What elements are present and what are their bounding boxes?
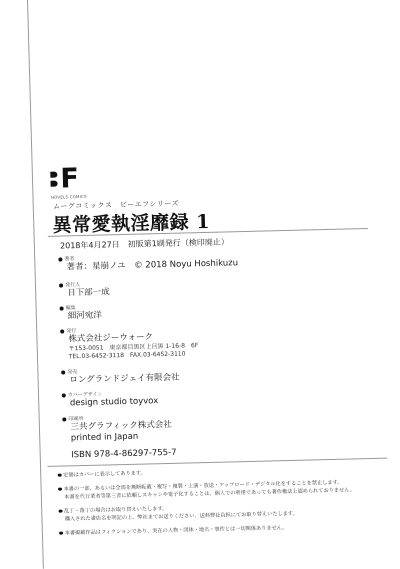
isbn: ISBN 978-4-86297-755-7 [63,448,177,462]
credit-distributor: 発売 ロングランドジェイ有限会社 [61,366,180,387]
printed-in: printed in Japan [63,431,177,445]
note-line: 定価はカバーに表示してあります。 [63,471,146,479]
note-line: 本書掲載作品はフィクションであり、実在の人物・団体・地名・事件とは一切関係ありま… [65,525,288,536]
bullet-icon [58,257,62,261]
legal-notes: 定価はカバーに表示してあります。 本書の一部、あるいは全部を無断転載・複写・複製… [58,464,390,544]
bullet-icon [59,531,63,535]
bullet-icon [59,509,63,513]
credit-editor: 編集 細河宛洋 [60,304,102,323]
credit-author: 著者 著者：星崩ノユ © 2018 Noyu Hoshikuzu [58,251,238,273]
logo-f-mark: F [60,167,83,192]
bf-logo: F [50,167,87,192]
credit-value: ロングランドジェイ有限会社 [61,373,179,387]
bullet-icon [58,487,62,491]
credit-printer: 印刷所 三共グラフィック株式会社 printed in Japan ISBN 9… [62,413,176,462]
bullet-icon [59,283,63,287]
credit-publisher: 発行 株式会社ジーウォーク 〒153-0051 東京都目黒区上目黒 1-16-8… [60,324,198,361]
credit-value: design studio toyvox [62,396,159,409]
note-copyright: 本書の一部、あるいは全部を無断転載・複写・複製・上演・放送・アップロード・デジタ… [58,478,388,502]
note-fiction: 本書掲載作品はフィクションであり、実在の人物・団体・地名・事件とは一切関係ありま… [59,522,389,538]
logo-subtitle: NOVELS COMICS [51,194,87,200]
bullet-icon [61,370,65,374]
bullet-icon [60,329,64,333]
bullet-icon [60,306,64,310]
colophon-page: F NOVELS COMICS ムーグコミックス ビーエフシリーズ 異常愛執淫靡… [0,0,400,569]
bullet-icon [62,393,66,397]
logo-b-mark [50,172,60,188]
credit-publisher-person: 発行人 日下部一成 [59,280,110,299]
publication-date: 2018年4月27日 初版第1刷発行（検印廃止） [60,236,229,251]
bullet-icon [58,473,62,477]
note-defects: 乱丁・落丁の場合はお取り替えいたします。 購入された書店名を明記の上、弊社までお… [58,500,388,524]
bullet-icon [62,417,66,421]
note-price: 定価はカバーに表示してあります。 [58,464,388,480]
credit-value: 日下部一成 [59,287,110,299]
credit-cover-design: カバーデザイン design studio toyvox [62,389,159,409]
credit-value: 細河宛洋 [60,311,102,323]
